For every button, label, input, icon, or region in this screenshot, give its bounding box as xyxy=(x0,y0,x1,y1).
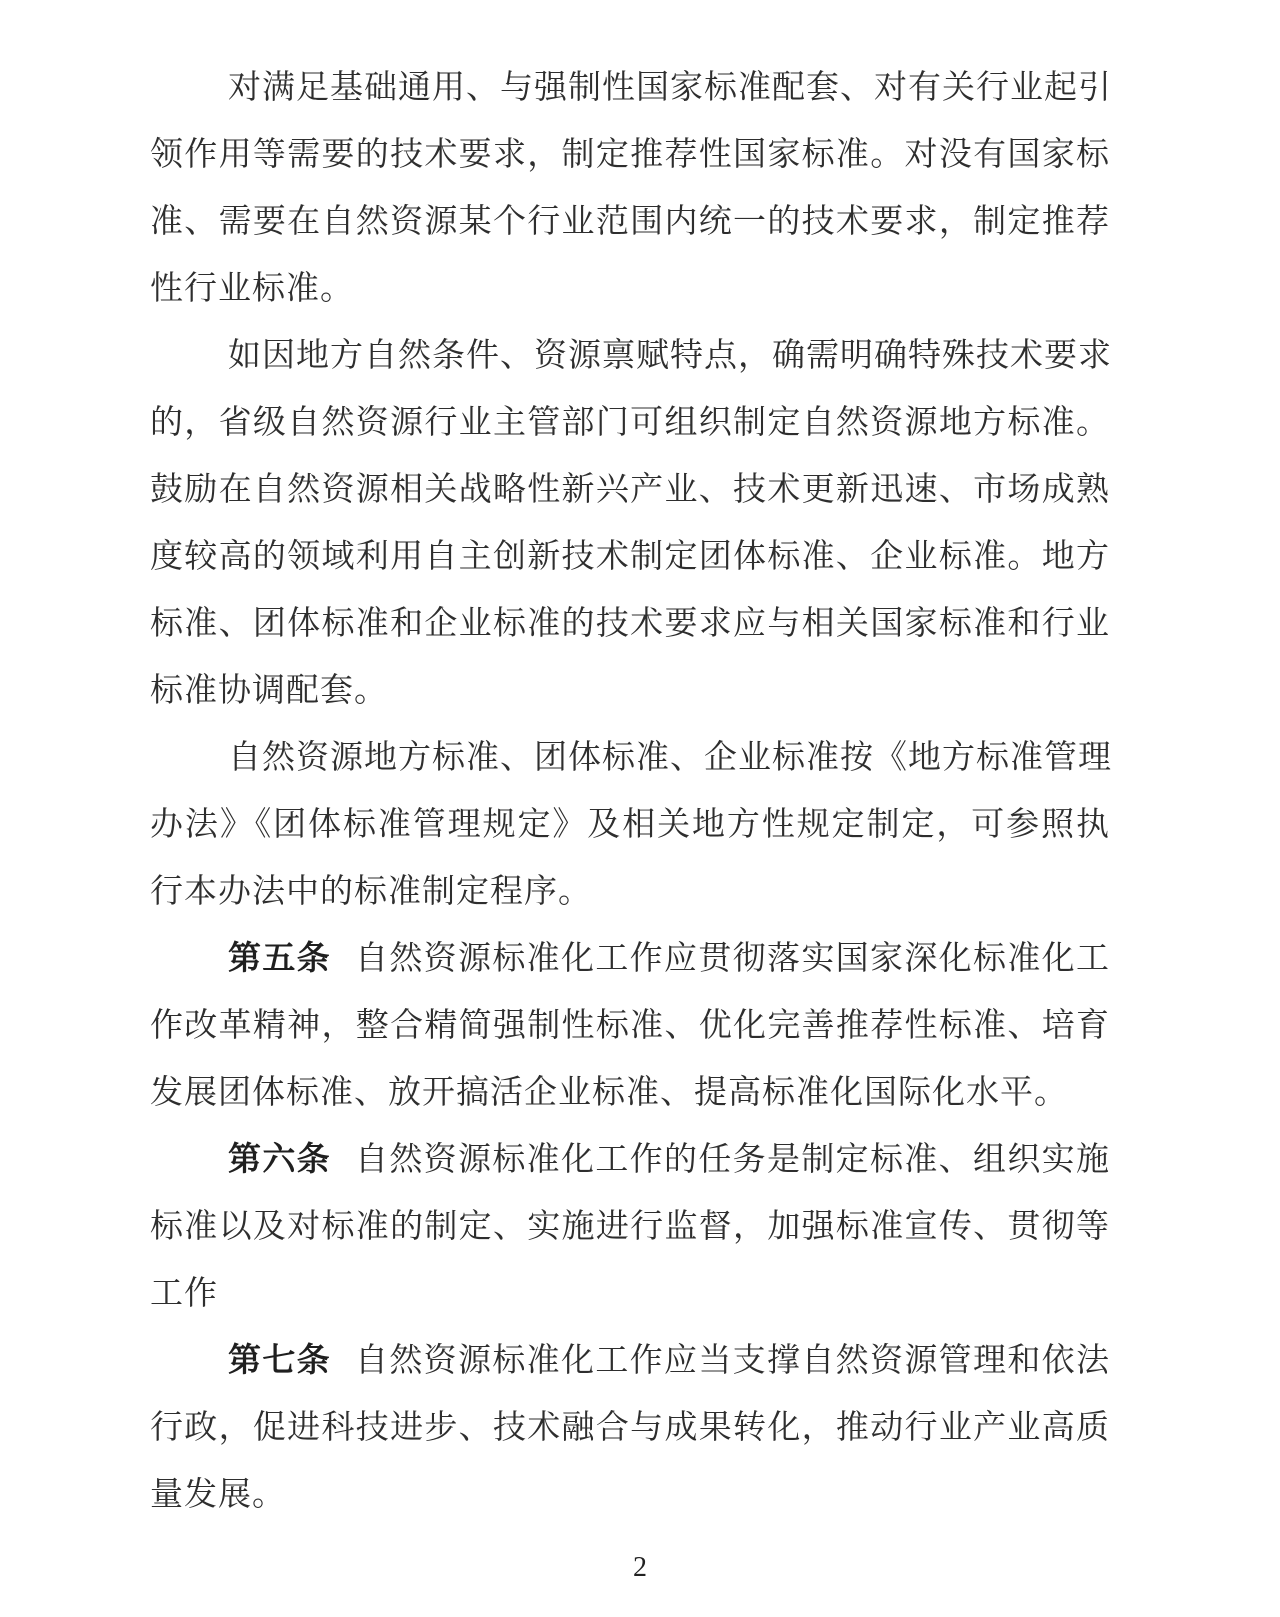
text-line: 作改革精神，整合精简强制性标准、优化完善推荐性标准、培育 xyxy=(150,993,1110,1060)
text-line: 工作 xyxy=(150,1261,1110,1328)
page-number: 2 xyxy=(0,1548,1280,1588)
article-number: 第五条 xyxy=(228,941,331,977)
article-text: 自然资源标准化工作应贯彻落实国家深化标准化工 xyxy=(355,941,1110,977)
text-line: 准、需要在自然资源某个行业范围内统一的技术要求，制定推荐 xyxy=(150,189,1110,256)
text-line: 度较高的领域利用自主创新技术制定团体标准、企业标准。地方 xyxy=(150,524,1110,591)
text-line: 行政，促进科技进步、技术融合与成果转化，推动行业产业高质 xyxy=(150,1395,1110,1462)
article-number: 第六条 xyxy=(228,1142,331,1178)
text-line-article-5: 第五条自然资源标准化工作应贯彻落实国家深化标准化工 xyxy=(150,926,1110,993)
document-page: 对满足基础通用、与强制性国家标准配套、对有关行业起引 领作用等需要的技术要求，制… xyxy=(0,0,1280,1617)
text-line: 办法》《团体标准管理规定》及相关地方性规定制定，可参照执 xyxy=(150,792,1110,859)
text-line: 标准、团体标准和企业标准的技术要求应与相关国家标准和行业 xyxy=(150,591,1110,658)
text-line: 领作用等需要的技术要求，制定推荐性国家标准。对没有国家标 xyxy=(150,122,1110,189)
article-text: 自然资源标准化工作的任务是制定标准、组织实施 xyxy=(355,1142,1110,1178)
text-line: 自然资源地方标准、团体标准、企业标准按《地方标准管理 xyxy=(150,725,1110,792)
text-line: 的，省级自然资源行业主管部门可组织制定自然资源地方标准。 xyxy=(150,390,1110,457)
article-number: 第七条 xyxy=(228,1343,331,1379)
text-line-article-7: 第七条自然资源标准化工作应当支撑自然资源管理和依法 xyxy=(150,1328,1110,1395)
text-line: 标准协调配套。 xyxy=(150,658,1110,725)
text-line: 如因地方自然条件、资源禀赋特点，确需明确特殊技术要求 xyxy=(150,323,1110,390)
text-line: 标准以及对标准的制定、实施进行监督，加强标准宣传、贯彻等 xyxy=(150,1194,1110,1261)
text-line: 量发展。 xyxy=(150,1462,1110,1529)
text-line: 行本办法中的标准制定程序。 xyxy=(150,859,1110,926)
document-body: 对满足基础通用、与强制性国家标准配套、对有关行业起引 领作用等需要的技术要求，制… xyxy=(150,55,1110,1529)
text-line: 对满足基础通用、与强制性国家标准配套、对有关行业起引 xyxy=(150,55,1110,122)
text-line-article-6: 第六条自然资源标准化工作的任务是制定标准、组织实施 xyxy=(150,1127,1110,1194)
article-text: 自然资源标准化工作应当支撑自然资源管理和依法 xyxy=(355,1343,1110,1379)
text-line: 性行业标准。 xyxy=(150,256,1110,323)
text-line: 发展团体标准、放开搞活企业标准、提高标准化国际化水平。 xyxy=(150,1060,1110,1127)
text-line: 鼓励在自然资源相关战略性新兴产业、技术更新迅速、市场成熟 xyxy=(150,457,1110,524)
